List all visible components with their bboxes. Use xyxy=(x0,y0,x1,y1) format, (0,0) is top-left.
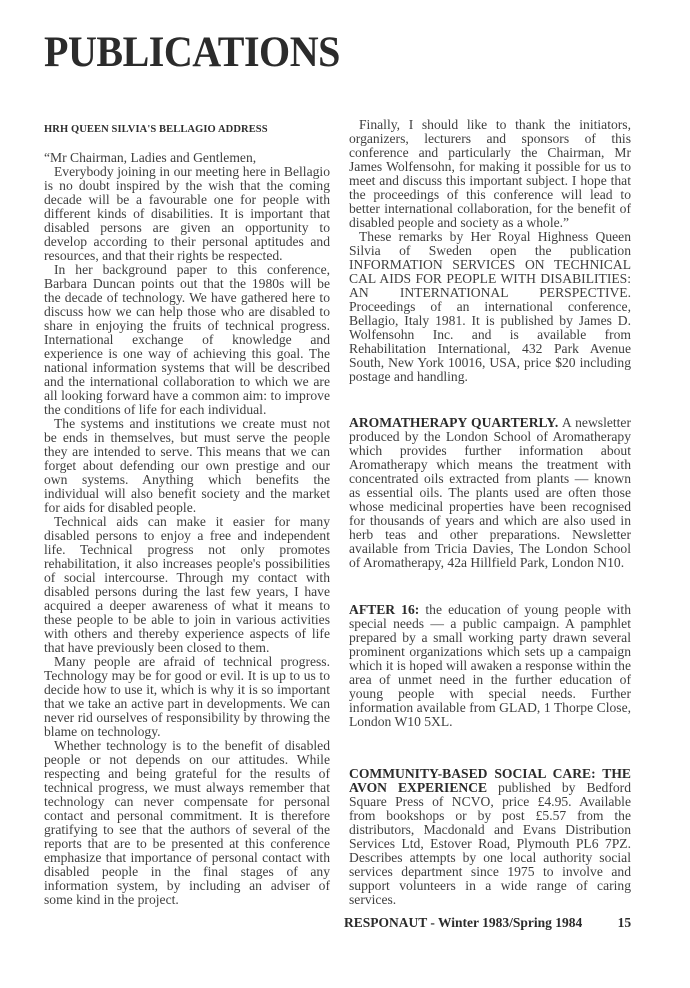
left-column: HRH QUEEN SILVIA'S BELLAGIO ADDRESS “Mr … xyxy=(44,118,330,907)
paragraph: Everybody joining in our meeting here in… xyxy=(44,165,330,263)
entry-body: the education of young people with speci… xyxy=(349,602,631,729)
paragraph: Many people are afraid of technical prog… xyxy=(44,655,330,739)
entry-title: AFTER 16: xyxy=(349,602,419,617)
page-number: 15 xyxy=(618,915,632,931)
entry-body: published by Bedford Square Press of NCV… xyxy=(349,780,631,907)
paragraph: In her background paper to this conferen… xyxy=(44,263,330,417)
publication-entry-after-16: AFTER 16: the education of young people … xyxy=(349,603,631,729)
paragraph: Finally, I should like to thank the init… xyxy=(349,118,631,230)
paragraph: Whether technology is to the benefit of … xyxy=(44,739,330,907)
right-column: Finally, I should like to thank the init… xyxy=(349,118,631,907)
page-title: PUBLICATIONS xyxy=(44,28,340,77)
publication-entry-community-care: COMMUNITY-BASED SOCIAL CARE: THE AVON EX… xyxy=(349,767,631,907)
paragraph: The systems and institutions we create m… xyxy=(44,417,330,515)
article-heading: HRH QUEEN SILVIA'S BELLAGIO ADDRESS xyxy=(44,123,330,137)
publication-entry-aromatherapy: AROMATHERAPY QUARTERLY. A newsletter pro… xyxy=(349,416,631,570)
paragraph: These remarks by Her Royal Highness Quee… xyxy=(349,230,631,384)
journal-issue: RESPONAUT - Winter 1983/Spring 1984 xyxy=(344,915,582,930)
page-footer: RESPONAUT - Winter 1983/Spring 1984 15 xyxy=(344,915,631,931)
entry-body: A newsletter produced by the London Scho… xyxy=(349,415,631,570)
paragraph: Technical aids can make it easier for ma… xyxy=(44,515,330,655)
entry-title: AROMATHERAPY QUARTERLY. xyxy=(349,415,558,430)
paragraph: “Mr Chairman, Ladies and Gentlemen, xyxy=(44,151,330,165)
